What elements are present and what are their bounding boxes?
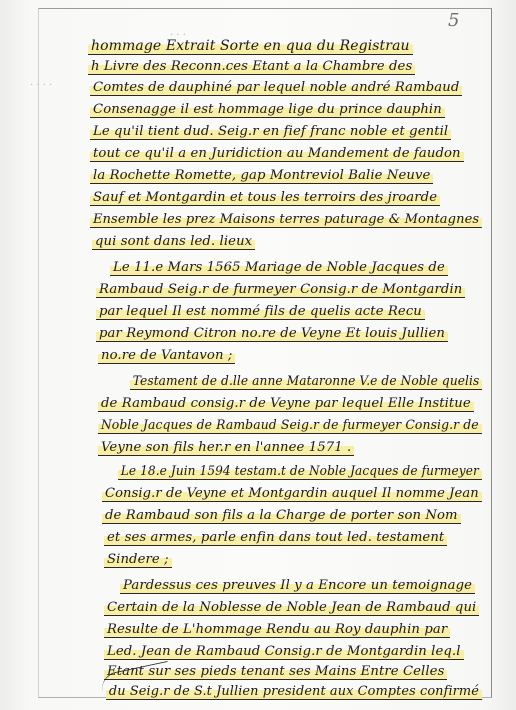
text-line: Veyne son fils her.r en l'annee 1571 . xyxy=(98,438,354,458)
document-page: 5 · · · · · · · hommage Extrait Sorte en… xyxy=(0,0,516,710)
text-line: hommage Extrait Sorte en qua du Registra… xyxy=(88,36,413,56)
text-line: tout ce qu'il a en Juridiction au Mandem… xyxy=(90,144,464,164)
text-line: de Rambaud son fils a la Charge de porte… xyxy=(102,506,461,526)
text-line: no.re de Vantavon ; xyxy=(98,346,235,366)
text-line: Pardessus ces preuves Il y a Encore un t… xyxy=(120,576,475,596)
text-line: Rambaud Seig.r de furmeyer Consig.r de M… xyxy=(96,280,465,300)
text-line: Sauf et Montgardin et tous les terroirs … xyxy=(90,188,440,208)
text-line: Comtes de dauphiné par lequel noble andr… xyxy=(90,78,462,98)
text-line: la Rochette Romette, gap Montreviol Bali… xyxy=(90,166,433,186)
text-line: Sindere ; xyxy=(104,550,172,570)
text-line: Le 18.e Juin 1594 testam.t de Noble Jacq… xyxy=(118,462,482,482)
text-line: et ses armes, parle enfin dans tout led.… xyxy=(104,528,447,548)
text-line: Ensemble les prez Maisons terres paturag… xyxy=(90,210,482,230)
text-line: Resulte de L'hommage Rendu au Roy dauphi… xyxy=(104,620,450,640)
text-line: Noble Jacques de Rambaud Seig.r de furme… xyxy=(98,416,482,436)
text-line: Testament de d.lle anne Mataronne V.e de… xyxy=(130,372,482,392)
bleed-through-text: · · · · xyxy=(30,80,52,91)
text-line: Le 11.e Mars 1565 Mariage de Noble Jacqu… xyxy=(110,258,448,278)
text-line: Consenagge il est hommage lige du prince… xyxy=(90,100,445,120)
text-line: qui sont dans led. lieux xyxy=(92,232,255,252)
page-number: 5 xyxy=(448,10,459,31)
text-line: Led. Jean de Rambaud Consig.r de Montgar… xyxy=(104,642,464,662)
text-line: Le qu'il tient dud. Seig.r en fief franc… xyxy=(90,122,451,142)
text-line: de Rambaud consig.r de Veyne par lequel … xyxy=(98,394,474,414)
text-line: Certain de la Noblesse de Noble Jean de … xyxy=(104,598,479,618)
text-line: Consig.r de Veyne et Montgardin auquel I… xyxy=(102,484,482,504)
text-line: du Seig.r de S.t Jullien president aux C… xyxy=(106,682,482,702)
text-line: h Livre des Reconn.ces Etant a la Chambr… xyxy=(88,57,415,77)
text-line: par lequel Il est nommé fils de quelis a… xyxy=(96,302,425,322)
text-line: par Reymond Citron no.re de Veyne Et lou… xyxy=(96,324,448,344)
